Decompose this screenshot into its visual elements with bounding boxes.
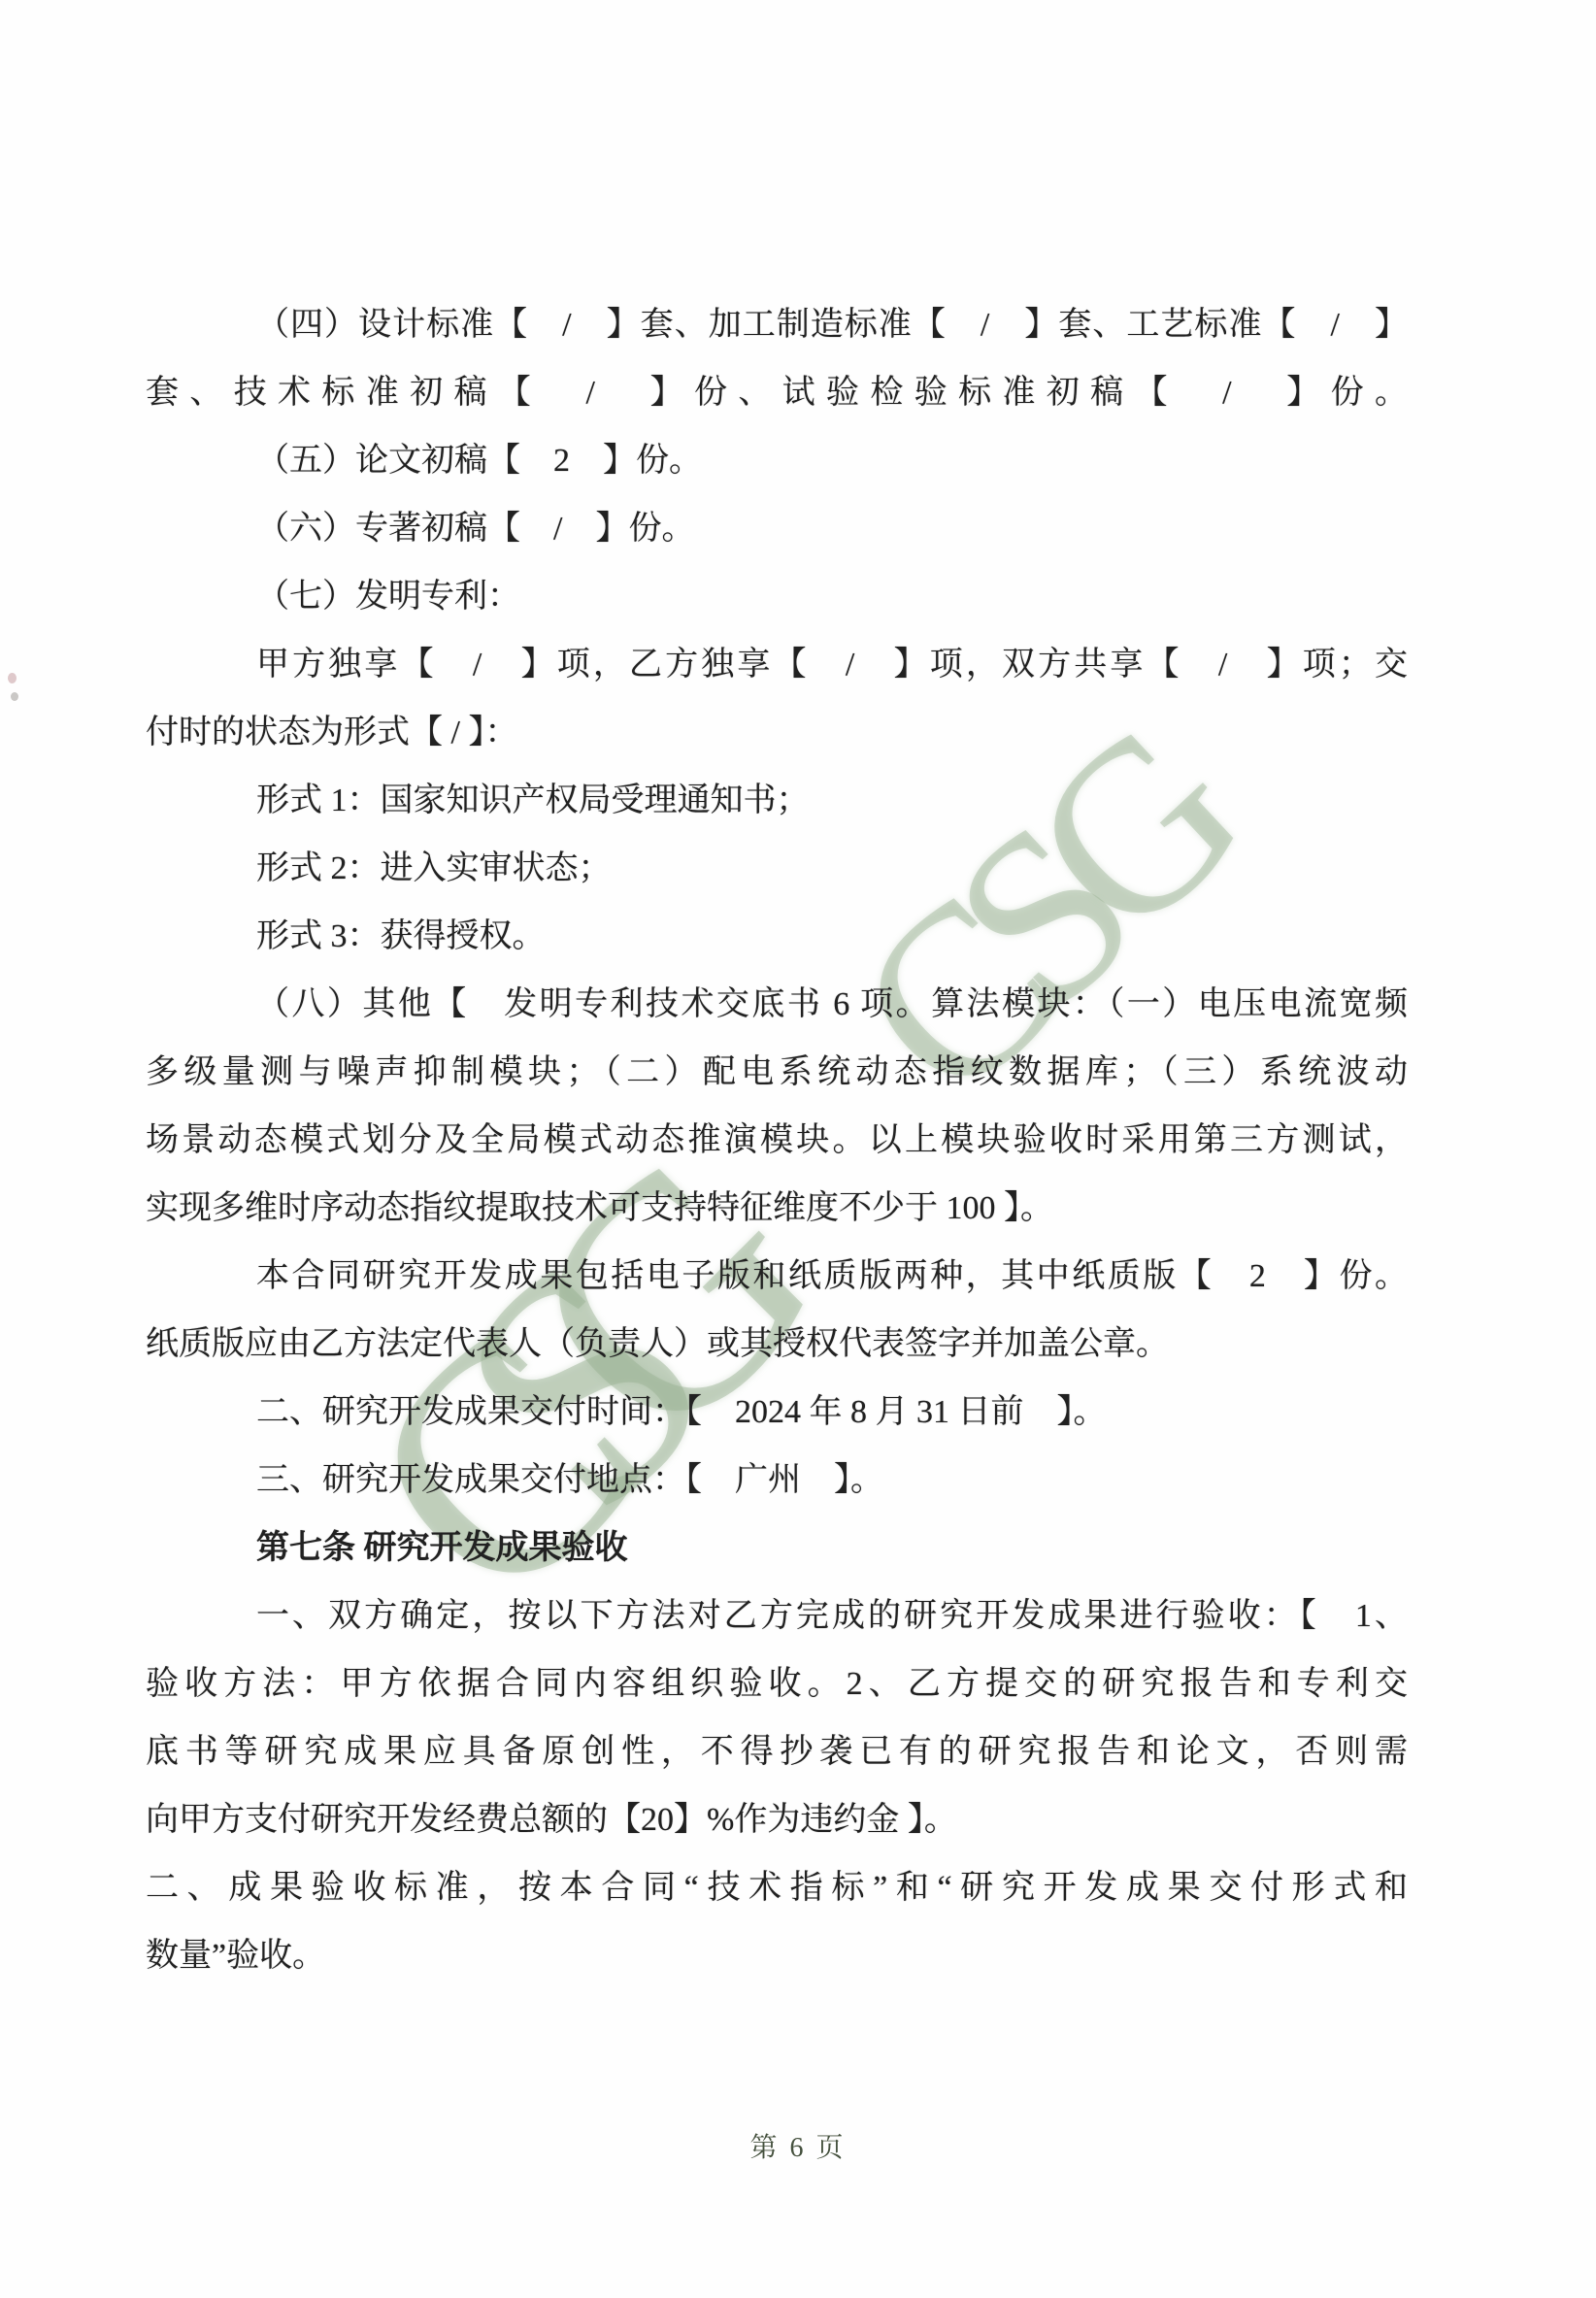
contract-line: 一、双方确定，按以下方法对乙方完成的研究开发成果进行验收：【 1、 bbox=[146, 1582, 1408, 1650]
page-number: 第 6 页 bbox=[0, 2132, 1596, 2165]
contract-line: （四）设计标准【 / 】套、加工制造标准【 / 】套、工艺标准【 / 】 bbox=[146, 291, 1408, 359]
contract-line: 二、成果验收标准，按本合同“技术指标”和“研究开发成果交付形式和 bbox=[146, 1854, 1408, 1922]
contract-line: 形式 2：进入实审状态； bbox=[146, 835, 1408, 903]
contract-line: 验收方法：甲方依据合同内容组织验收。2、乙方提交的研究报告和专利交 bbox=[146, 1650, 1408, 1718]
contract-body: （四）设计标准【 / 】套、加工制造标准【 / 】套、工艺标准【 / 】 套、技… bbox=[146, 291, 1408, 1990]
contract-line: 实现多维时序动态指纹提取技术可支持特征维度不少于 100 】。 bbox=[146, 1175, 1408, 1243]
contract-line: 数量”验收。 bbox=[146, 1922, 1408, 1990]
contract-line: 形式 3：获得授权。 bbox=[146, 903, 1408, 971]
contract-line: 场景动态模式划分及全局模式动态推演模块。以上模块验收时采用第三方测试， bbox=[146, 1107, 1408, 1175]
contract-line: （八）其他【 发明专利技术交底书 6 项。算法模块：（一）电压电流宽频 bbox=[146, 971, 1408, 1039]
contract-line: 付时的状态为形式【 / 】： bbox=[146, 699, 1408, 767]
contract-line: 形式 1：国家知识产权局受理通知书； bbox=[146, 767, 1408, 835]
contract-line: 本合同研究开发成果包括电子版和纸质版两种，其中纸质版【 2 】份。 bbox=[146, 1243, 1408, 1311]
scan-speck bbox=[11, 692, 18, 701]
contract-line: （五）论文初稿【 2 】份。 bbox=[146, 427, 1408, 495]
scan-speck bbox=[8, 673, 17, 683]
contract-line: 底书等研究成果应具备原创性，不得抄袭已有的研究报告和论文，否则需 bbox=[146, 1718, 1408, 1786]
section-heading: 第七条 研究开发成果验收 bbox=[146, 1515, 1408, 1582]
contract-line: 二、研究开发成果交付时间：【 2024 年 8 月 31 日前 】。 bbox=[146, 1379, 1408, 1447]
contract-line: （七）发明专利： bbox=[146, 563, 1408, 631]
contract-line: 多级量测与噪声抑制模块；（二）配电系统动态指纹数据库；（三）系统波动 bbox=[146, 1039, 1408, 1107]
contract-line: （六）专著初稿【 / 】份。 bbox=[146, 495, 1408, 563]
contract-scan-page: CSG CSG （四）设计标准【 / 】套、加工制造标准【 / 】套、工艺标准【… bbox=[0, 0, 1596, 2298]
contract-line: 甲方独享【 / 】项，乙方独享【 / 】项，双方共享【 / 】项；交 bbox=[146, 631, 1408, 699]
contract-line: 三、研究开发成果交付地点：【 广州 】。 bbox=[146, 1447, 1408, 1515]
contract-line: 向甲方支付研究开发经费总额的【20】%作为违约金 】。 bbox=[146, 1786, 1408, 1854]
contract-line: 套、技术标准初稿【 / 】份、试验检验标准初稿【 / 】份。 bbox=[146, 359, 1408, 427]
contract-line: 纸质版应由乙方法定代表人（负责人）或其授权代表签字并加盖公章。 bbox=[146, 1311, 1408, 1379]
